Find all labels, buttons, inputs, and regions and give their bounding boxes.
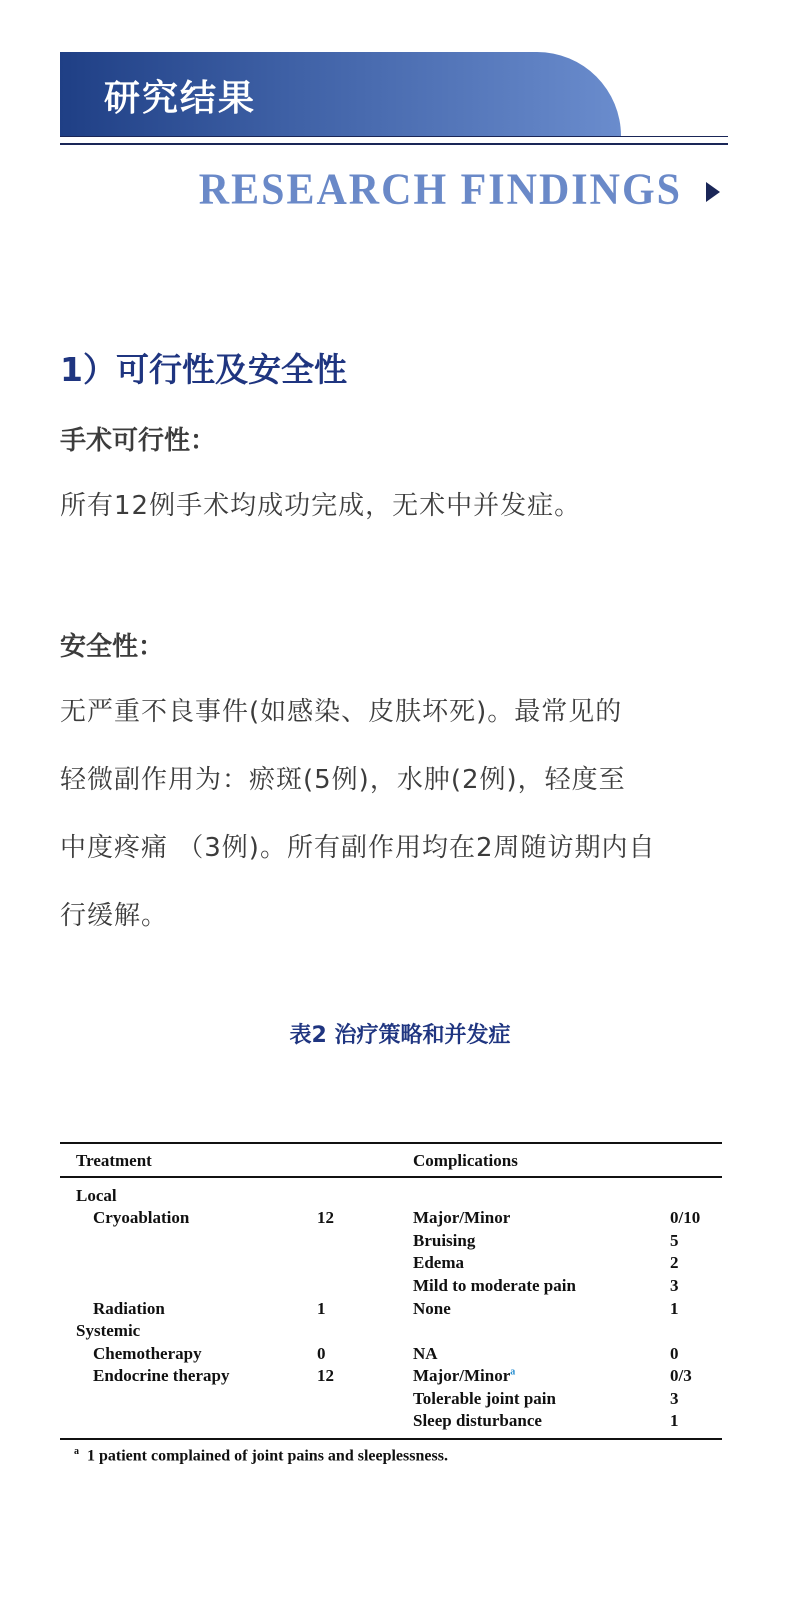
table-rule — [60, 1176, 722, 1178]
footnote-mark: a — [74, 1446, 79, 1457]
page-title: 研究结果 — [104, 70, 256, 121]
table-cell-treatment: Cryoablation — [93, 1208, 189, 1228]
table-cell-complication: Major/Minor — [413, 1208, 510, 1228]
table-cell-value: 5 — [670, 1231, 679, 1251]
page-subtitle: RESEARCH FINDINGS — [199, 165, 682, 215]
text-line: 轻微副作用为：瘀斑(5例)，水肿(2例)，轻度至 — [60, 746, 730, 814]
table-cell-complication: None — [413, 1299, 451, 1319]
safety-text: 无严重不良事件(如感染、皮肤坏死)。最常见的 轻微副作用为：瘀斑(5例)，水肿(… — [60, 678, 730, 950]
table-cell-treatment: Chemotherapy — [93, 1344, 202, 1364]
complication-text: Major/Minor — [413, 1366, 510, 1385]
table-cell-value: 2 — [670, 1253, 679, 1273]
divider-line — [60, 136, 728, 137]
feasibility-text: 所有12例手术均成功完成，无术中并发症。 — [60, 472, 730, 540]
footnote-marker: a — [510, 1366, 515, 1377]
feasibility-label: 手术可行性： — [60, 420, 216, 457]
table-cell-treatment: Endocrine therapy — [93, 1366, 229, 1386]
table-cell-complication: NA — [413, 1344, 438, 1364]
table-rule — [60, 1142, 722, 1144]
table-cell-complication: Mild to moderate pain — [413, 1276, 576, 1296]
divider-line — [60, 143, 728, 145]
section-heading: 1）可行性及安全性 — [60, 344, 347, 391]
table-cell-count: 0 — [317, 1344, 326, 1364]
table-cell-count: 12 — [317, 1208, 334, 1228]
column-header-complications: Complications — [413, 1151, 518, 1171]
table-cell-complication: Tolerable joint pain — [413, 1389, 556, 1409]
text-line: 行缓解。 — [60, 882, 730, 950]
table-rule — [60, 1438, 722, 1440]
table-cell-treatment: Systemic — [76, 1321, 140, 1341]
table-cell-treatment: Local — [76, 1186, 117, 1206]
table-footnote: a1 patient complained of joint pains and… — [74, 1446, 448, 1465]
table-cell-value: 1 — [670, 1411, 679, 1431]
table-cell-count: 12 — [317, 1366, 334, 1386]
column-header-treatment: Treatment — [76, 1151, 152, 1171]
table-cell-value: 3 — [670, 1276, 679, 1296]
table-caption: 表2 治疗策略和并发症 — [0, 1018, 800, 1049]
table-cell-complication: Sleep disturbance — [413, 1411, 542, 1431]
footnote-text: 1 patient complained of joint pains and … — [87, 1447, 448, 1464]
table-cell-count: 1 — [317, 1299, 326, 1319]
text-line: 中度疼痛 （3例)。所有副作用均在2周随访期内自 — [60, 814, 730, 882]
table-cell-value: 0/3 — [670, 1366, 692, 1386]
table-cell-complication: Major/Minora — [413, 1366, 515, 1386]
table-cell-value: 1 — [670, 1299, 679, 1319]
table-cell-complication: Bruising — [413, 1231, 475, 1251]
table-cell-value: 0/10 — [670, 1208, 700, 1228]
table-cell-complication: Edema — [413, 1253, 464, 1273]
table-cell-value: 3 — [670, 1389, 679, 1409]
text-line: 无严重不良事件(如感染、皮肤坏死)。最常见的 — [60, 678, 730, 746]
text-line: 所有12例手术均成功完成，无术中并发症。 — [60, 472, 730, 540]
table-cell-treatment: Radiation — [93, 1299, 165, 1319]
safety-label: 安全性： — [60, 626, 164, 663]
table-cell-value: 0 — [670, 1344, 679, 1364]
triangle-right-icon — [706, 182, 720, 202]
